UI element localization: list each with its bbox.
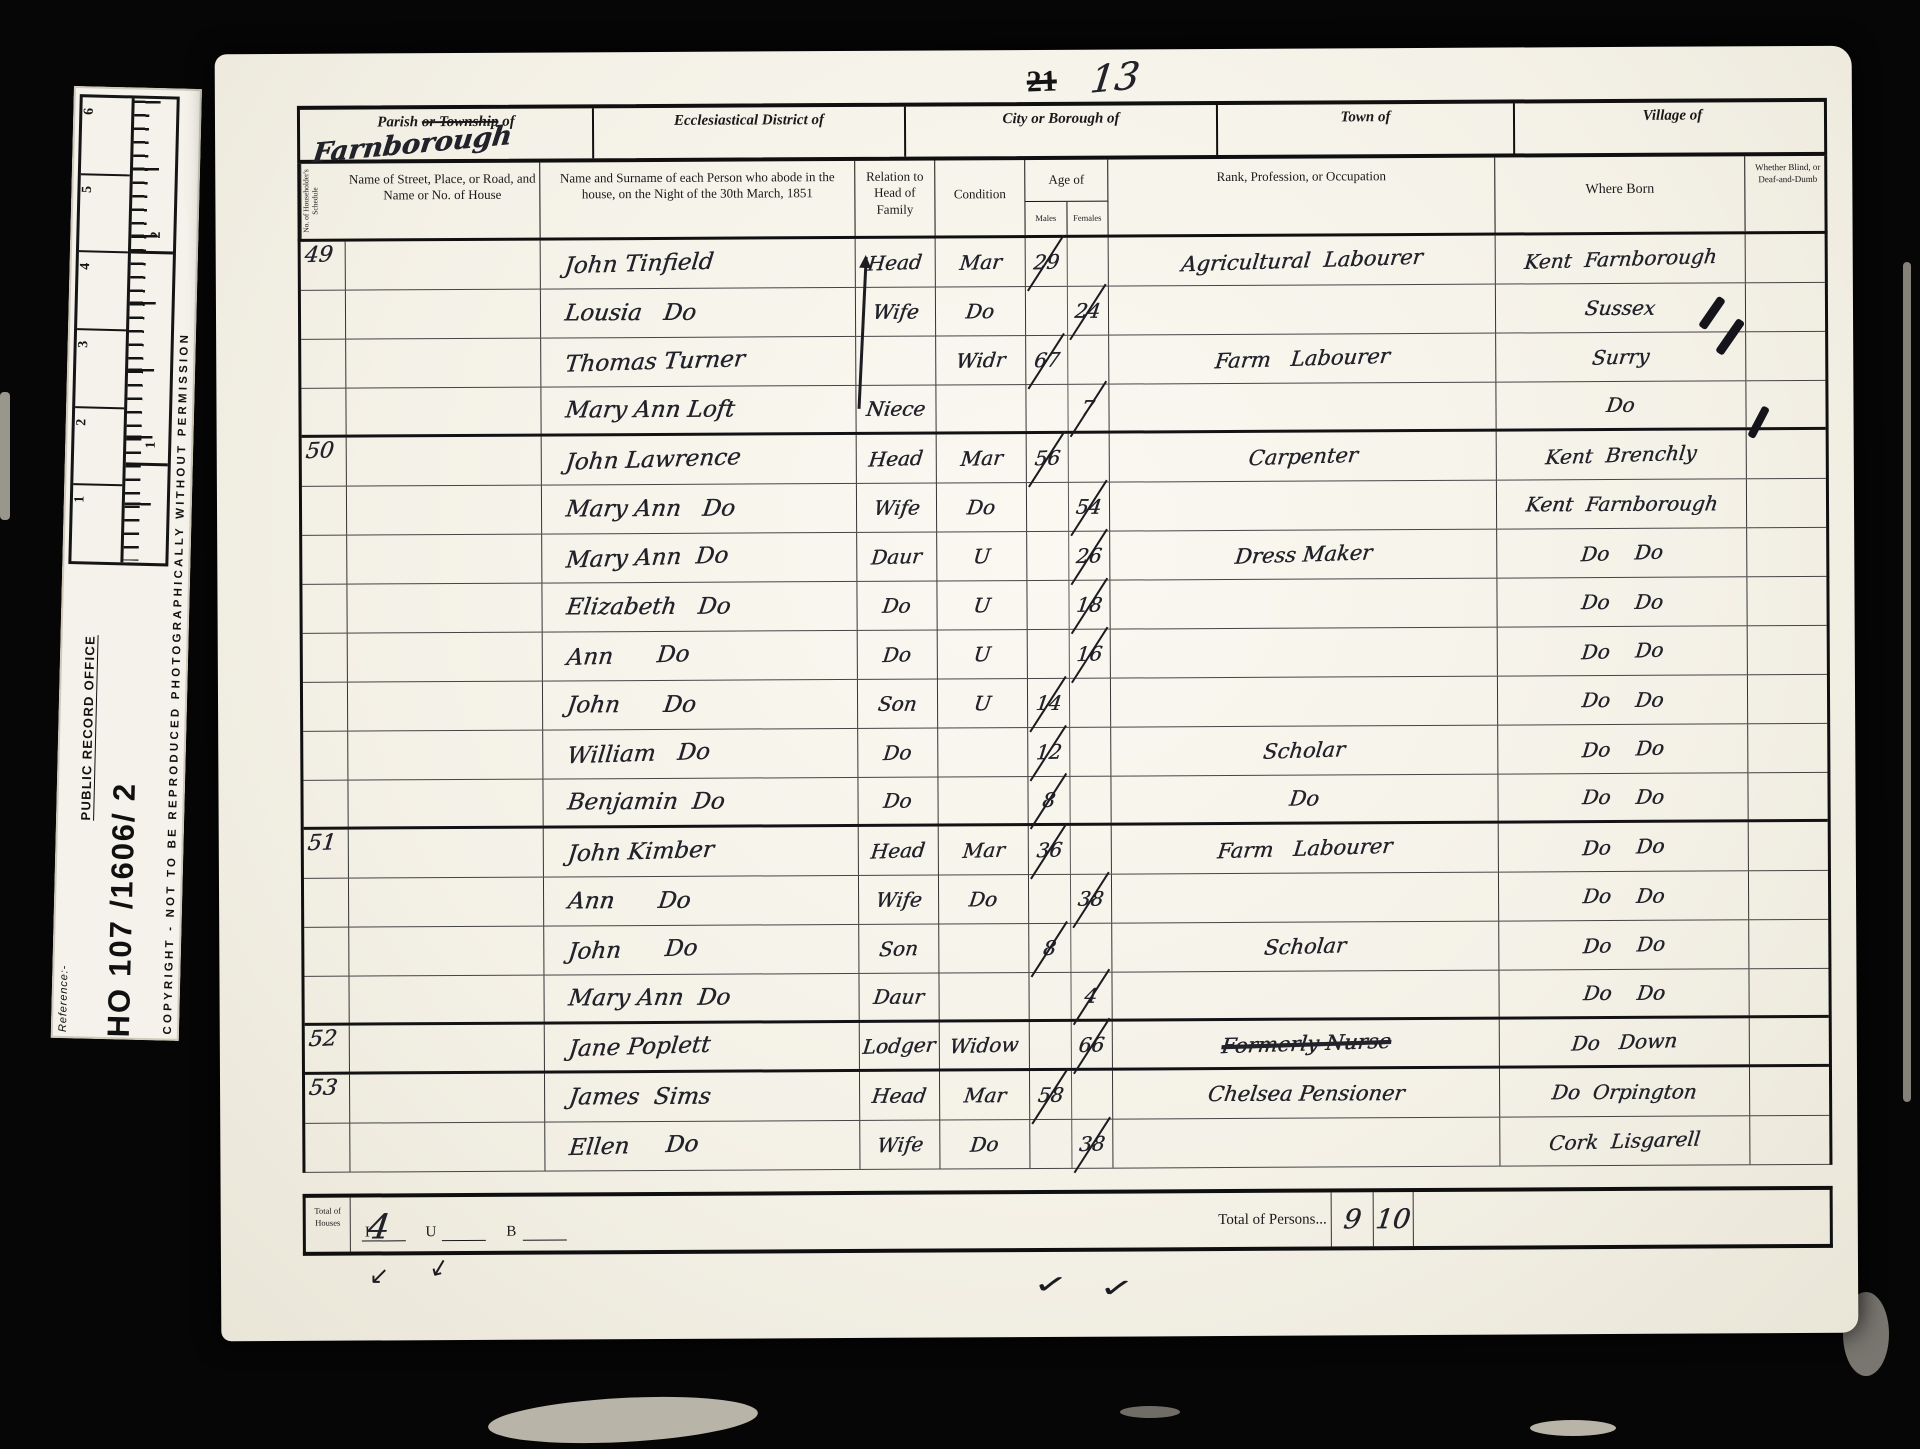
cell-relation: Wife — [857, 484, 937, 532]
cell-age_f — [1071, 924, 1113, 972]
ruler-cm-cell: 6 — [81, 97, 132, 176]
check-mark: ✓ — [1032, 1266, 1070, 1302]
census-row: Ann DoWifeDo38Do Do — [304, 871, 1828, 928]
ruler-cm-cell: 1 — [71, 485, 122, 562]
cell-condition: Do — [939, 875, 1029, 923]
cell-street — [350, 1123, 545, 1172]
check-mark: ✓ — [1098, 1270, 1136, 1306]
cell-street — [349, 829, 544, 878]
crossed-page-number: 21 — [1026, 64, 1057, 99]
ruler-inch-label: 2 — [149, 231, 165, 238]
cell-name: Lousia Do — [541, 288, 856, 338]
cell-born: Do Do — [1498, 724, 1748, 773]
cell-blind — [1750, 1018, 1835, 1064]
cell-schedule — [305, 1124, 350, 1172]
cell-age_f — [1070, 826, 1112, 874]
cell-condition — [938, 728, 1028, 776]
col-age-males: Males — [1025, 202, 1066, 235]
cell-relation: Lodger — [860, 1023, 940, 1069]
col-street: Name of Street, Place, or Road, and Name… — [345, 163, 540, 239]
page-number: 13 — [1088, 53, 1142, 101]
cell-born: Do Do — [1498, 675, 1748, 724]
census-row: Benjamin DoDo8DoDo Do — [303, 773, 1827, 830]
cell-schedule — [304, 928, 349, 976]
cell-schedule: 52 — [305, 1026, 350, 1072]
cell-schedule — [304, 977, 349, 1023]
cell-age_f: 4 — [1071, 973, 1113, 1019]
ruler-inch-label: 1 — [144, 441, 160, 448]
cell-street — [348, 633, 543, 682]
public-record-office-label: PUBLIC RECORD OFFICE — [78, 570, 99, 820]
col-relation: Relation to Head of Family — [855, 161, 935, 236]
total-houses-value: 4 — [365, 1207, 392, 1247]
cell-occupation — [1109, 383, 1496, 431]
cell-relation: Head — [860, 1072, 940, 1120]
cell-name: Mary Ann Loft — [541, 386, 856, 434]
cell-born: Cork Lisgarell — [1500, 1116, 1750, 1165]
scan-speck — [0, 392, 10, 520]
ruler: 654321 2 1 — [68, 94, 179, 566]
cell-condition: U — [937, 532, 1027, 580]
cell-name: Elizabeth Do — [542, 582, 857, 632]
cell-born: Do Do — [1499, 920, 1749, 969]
cell-condition: Widow — [940, 1022, 1030, 1068]
village-header: Village of — [1515, 102, 1830, 154]
cell-age_m: 56 — [1027, 434, 1069, 482]
ruler-cm-cell: 5 — [79, 175, 130, 254]
cell-relation: Son — [858, 680, 938, 728]
cell-schedule — [303, 683, 348, 731]
cell-occupation: Formerly Nurse — [1113, 1020, 1500, 1068]
cell-age_m — [1026, 385, 1068, 431]
cell-street — [348, 780, 543, 827]
census-row: Thomas TurnerWidr67Farm LabourerSurry — [301, 332, 1825, 389]
cell-blind — [1747, 430, 1832, 478]
form-header: Parish or Township of Farnborough Eccles… — [297, 98, 1827, 164]
cell-name: John Tinfield — [541, 239, 856, 289]
cell-age_f — [1071, 1071, 1113, 1119]
cell-occupation — [1110, 481, 1497, 531]
cell-street — [350, 1025, 545, 1072]
census-row: 53James SimsHeadMar58Chelsea PensionerDo… — [305, 1067, 1829, 1124]
cell-born: Kent Farnborough — [1497, 479, 1747, 528]
cell-condition — [939, 924, 1029, 972]
cell-condition — [938, 777, 1028, 823]
cell-street — [346, 241, 541, 290]
cell-blind — [1748, 626, 1833, 674]
col-age-females: Females — [1066, 202, 1108, 235]
cell-relation: Head — [859, 827, 939, 875]
cell-street — [349, 878, 544, 927]
scan-stage: 654321 2 1 COPYRIGHT - NOT TO BE REPRODU… — [0, 0, 1920, 1449]
scan-speck — [487, 1391, 759, 1449]
cell-condition: Mar — [937, 434, 1027, 482]
cell-condition: Do — [937, 483, 1027, 531]
total-persons-label: Total of Persons... — [861, 1192, 1331, 1248]
census-row: Ann DoDoU16Do Do — [303, 626, 1827, 683]
reference-number: HO 107 /1606/ 2 — [101, 607, 147, 1038]
cell-occupation: Agricultural Labourer — [1109, 236, 1496, 286]
cell-age_m — [1030, 1022, 1072, 1068]
cell-condition — [936, 385, 1026, 431]
total-females: 10 — [1372, 1192, 1414, 1246]
cell-street — [350, 1074, 545, 1123]
cell-age_m — [1029, 973, 1071, 1019]
cell-schedule — [304, 879, 349, 927]
cell-relation: Wife — [856, 288, 936, 336]
cell-blind — [1750, 1116, 1835, 1164]
cell-condition: Mar — [936, 238, 1026, 286]
ruler-cm-cell: 3 — [75, 330, 126, 409]
cell-occupation — [1110, 579, 1497, 629]
cell-occupation: Farm Labourer — [1109, 334, 1496, 384]
cell-relation: Do — [858, 778, 938, 824]
cell-name: James Sims — [545, 1072, 860, 1122]
census-table-body: 49John TinfieldHeadMar29Agricultural Lab… — [298, 234, 1833, 1173]
cell-street — [347, 486, 542, 535]
cell-blind — [1750, 1067, 1835, 1115]
cell-schedule — [303, 781, 348, 827]
census-row: John DoSon8ScholarDo Do — [304, 920, 1828, 977]
cell-occupation — [1112, 873, 1499, 923]
cell-occupation — [1109, 285, 1496, 335]
arrow-mark: ↙ — [369, 1261, 389, 1289]
cell-occupation — [1111, 677, 1498, 727]
census-row: 49John TinfieldHeadMar29Agricultural Lab… — [301, 234, 1825, 291]
cell-born: Do Down — [1500, 1018, 1750, 1065]
arrow-mark: ↙ — [426, 1251, 452, 1283]
cell-age_m — [1029, 875, 1071, 923]
cell-age_m: 29 — [1026, 238, 1068, 286]
cell-schedule: 51 — [304, 830, 349, 878]
col-occupation: Rank, Profession, or Occupation — [1108, 158, 1495, 235]
cell-schedule — [302, 487, 347, 535]
cell-street — [346, 339, 541, 388]
cell-occupation: Scholar — [1112, 922, 1499, 972]
cell-street — [348, 682, 543, 731]
cell-occupation: Dress Maker — [1110, 530, 1497, 580]
census-row: Mary Ann DoDaurU26Dress MakerDo Do — [302, 528, 1826, 585]
census-row: John DoSonU14Do Do — [303, 675, 1827, 732]
cell-blind — [1747, 528, 1832, 576]
census-row: 52Jane PoplettLodgerWidow66Formerly Nurs… — [305, 1018, 1829, 1075]
cell-age_f — [1070, 728, 1112, 776]
cell-born: Kent Farnborough — [1496, 234, 1746, 283]
cell-occupation: Do — [1111, 775, 1498, 823]
col-condition: Condition — [935, 160, 1025, 235]
cell-blind — [1748, 773, 1833, 819]
cell-age_f: 16 — [1069, 630, 1111, 678]
cell-age_m: 67 — [1026, 336, 1068, 384]
cell-relation: Niece — [856, 386, 936, 432]
cell-schedule — [303, 634, 348, 682]
cell-age_f: 24 — [1067, 287, 1109, 335]
census-row: Mary Ann DoDaur4Do Do — [304, 969, 1828, 1026]
cell-blind — [1746, 332, 1831, 380]
cell-age_f: 38 — [1070, 875, 1112, 923]
cell-condition: U — [938, 679, 1028, 727]
census-row: Mary Ann DoWifeDo54Kent Farnborough — [302, 479, 1826, 536]
cell-name: John Do — [544, 925, 859, 975]
cell-street — [346, 388, 541, 435]
col-where-born: Where Born — [1495, 156, 1745, 232]
cell-age_m — [1028, 630, 1070, 678]
cell-name: Thomas Turner — [541, 337, 856, 387]
cell-born: Do Do — [1497, 577, 1747, 626]
cell-relation: Daur — [859, 974, 939, 1020]
cell-condition: U — [938, 630, 1028, 678]
cell-name: John Lawrence — [542, 435, 857, 485]
col-name-surname: Name and Surname of each Person who abod… — [540, 161, 855, 238]
cell-age_f — [1070, 777, 1112, 823]
cell-street — [347, 535, 542, 584]
cell-age_f: 66 — [1071, 1022, 1113, 1068]
city-borough-header: City or Borough of — [906, 105, 1218, 157]
cell-name: Mary Ann Do — [542, 484, 857, 534]
cell-born: Do Do — [1498, 626, 1748, 675]
cell-blind — [1748, 724, 1833, 772]
census-row: Elizabeth DoDoU18Do Do — [302, 577, 1826, 634]
total-houses-values: I 4 U B — [351, 1195, 861, 1252]
cell-schedule — [302, 536, 347, 584]
cell-born: Do Do — [1499, 822, 1749, 871]
cell-name: Ellen Do — [545, 1121, 860, 1171]
cell-age_m — [1030, 1120, 1072, 1168]
cell-name: John Do — [543, 680, 858, 730]
census-row: 50John LawrenceHeadMar56CarpenterKent Br… — [302, 430, 1826, 487]
ruler-cm-cell: 2 — [73, 408, 124, 487]
cell-relation: Do — [858, 631, 938, 679]
cell-age_m — [1027, 581, 1069, 629]
cell-schedule — [301, 291, 346, 339]
cell-schedule — [302, 585, 347, 633]
cell-occupation: Chelsea Pensioner — [1113, 1069, 1500, 1119]
ruler-cm-cell: 4 — [77, 253, 128, 332]
cell-age_f — [1068, 434, 1110, 482]
cell-condition: Mar — [940, 1071, 1030, 1119]
cell-age_f: 54 — [1068, 483, 1110, 531]
cell-schedule — [301, 389, 346, 435]
ecclesiastical-district-header: Ecclesiastical District of — [594, 107, 906, 159]
cell-relation: Do — [858, 729, 938, 777]
cell-age_m: 8 — [1029, 924, 1071, 972]
cell-born: Kent Brenchly — [1497, 430, 1747, 479]
cell-born: Do Orpington — [1500, 1067, 1750, 1116]
cell-relation: Son — [859, 925, 939, 973]
town-header: Town of — [1218, 103, 1515, 155]
cell-relation: Wife — [860, 1121, 940, 1169]
cell-relation: Wife — [859, 876, 939, 924]
reference-label: Reference:- — [57, 912, 72, 1032]
uninhabited-label: U — [425, 1224, 436, 1241]
cell-born: Do — [1496, 381, 1746, 428]
cell-born: Do Do — [1499, 969, 1749, 1016]
cell-age_f — [1069, 679, 1111, 727]
cell-age_m: 14 — [1028, 679, 1070, 727]
scan-speck — [1530, 1420, 1616, 1436]
census-page: 21 13 Parish or Township of Farnborough … — [215, 46, 1859, 1342]
cell-blind — [1749, 871, 1834, 919]
cell-street — [347, 584, 542, 633]
cell-born: Do Do — [1498, 773, 1748, 820]
cell-born: Surry — [1496, 332, 1746, 381]
cell-blind — [1747, 479, 1832, 527]
cell-schedule: 50 — [302, 438, 347, 486]
cell-condition: Mar — [939, 826, 1029, 874]
cell-age_f: 18 — [1069, 581, 1111, 629]
cell-relation: Do — [857, 582, 937, 630]
cell-relation: Head — [857, 435, 937, 483]
cell-blind — [1746, 234, 1831, 282]
cell-schedule: 49 — [301, 242, 346, 290]
cell-age_m — [1026, 287, 1068, 335]
cell-occupation — [1112, 971, 1499, 1019]
cell-occupation — [1111, 628, 1498, 678]
cell-age_f — [1068, 336, 1110, 384]
cell-age_m: 36 — [1029, 826, 1071, 874]
cell-blind — [1747, 577, 1832, 625]
census-row: Ellen DoWifeDo38Cork Lisgarell — [305, 1116, 1829, 1173]
col-blind-deaf: Whether Blind, or Deaf-and-Dumb — [1745, 156, 1830, 231]
cell-condition: Do — [940, 1120, 1030, 1168]
cell-name: John Kimber — [544, 827, 859, 877]
cell-occupation — [1113, 1118, 1500, 1168]
cell-condition — [939, 973, 1029, 1019]
cell-born: Do Do — [1497, 528, 1747, 577]
column-headers: No. of Householder's Schedule Name of St… — [297, 156, 1827, 242]
cell-street — [346, 290, 541, 339]
cell-relation — [856, 337, 936, 385]
building-label: B — [506, 1224, 516, 1241]
cell-street — [349, 927, 544, 976]
cell-age_m — [1027, 483, 1069, 531]
totals-row: Total of Houses I 4 U B Total of Persons… — [303, 1186, 1833, 1256]
cell-age_m: 58 — [1030, 1071, 1072, 1119]
cell-street — [349, 976, 544, 1023]
cell-age_f — [1067, 238, 1109, 286]
cell-condition: Widr — [936, 336, 1026, 384]
cell-age_f: 38 — [1072, 1120, 1114, 1168]
cell-blind — [1748, 675, 1833, 723]
cell-age_f: 26 — [1069, 532, 1111, 580]
census-row: 51John KimberHeadMar36Farm LabourerDo Do — [304, 822, 1828, 879]
cell-name: William Do — [543, 729, 858, 779]
cell-street — [347, 437, 542, 486]
cell-schedule — [301, 340, 346, 388]
parish-header-cell: Parish or Township of Farnborough — [300, 108, 594, 160]
cell-schedule — [303, 732, 348, 780]
cell-name: Benjamin Do — [543, 778, 858, 826]
cell-name: Ann Do — [544, 876, 859, 926]
cell-street — [348, 731, 543, 780]
cell-blind — [1749, 920, 1834, 968]
cell-relation: Daur — [857, 533, 937, 581]
cell-schedule: 53 — [305, 1075, 350, 1123]
cell-age_m: 8 — [1028, 777, 1070, 823]
cell-blind — [1746, 283, 1831, 331]
cell-name: Jane Poplett — [545, 1023, 860, 1071]
cell-occupation: Scholar — [1111, 726, 1498, 776]
cell-blind — [1749, 822, 1834, 870]
cell-name: Mary Ann Do — [542, 533, 857, 583]
cell-name: Mary Ann Do — [544, 974, 859, 1022]
scan-speck — [1120, 1406, 1180, 1418]
cell-age_m — [1027, 532, 1069, 580]
cell-occupation: Carpenter — [1110, 432, 1497, 482]
cell-blind — [1749, 969, 1834, 1015]
col-schedule-number: No. of Householder's Schedule — [300, 164, 345, 239]
folio-numbers: 21 13 — [1027, 55, 1140, 100]
total-males: 9 — [1331, 1192, 1373, 1246]
archive-reference-strip: 654321 2 1 COPYRIGHT - NOT TO BE REPRODU… — [51, 86, 202, 1041]
cell-condition: U — [937, 581, 1027, 629]
total-houses-label: Total of Houses — [306, 1198, 351, 1252]
cell-age_m: 12 — [1028, 728, 1070, 776]
cell-born: Do Do — [1499, 871, 1749, 920]
cell-occupation: Farm Labourer — [1112, 824, 1499, 874]
col-age: Age of Males Females — [1025, 160, 1108, 235]
scan-speck — [1903, 262, 1911, 1102]
cell-age_f: 7 — [1068, 385, 1110, 431]
cell-name: Ann Do — [543, 631, 858, 681]
cell-condition: Do — [936, 287, 1026, 335]
